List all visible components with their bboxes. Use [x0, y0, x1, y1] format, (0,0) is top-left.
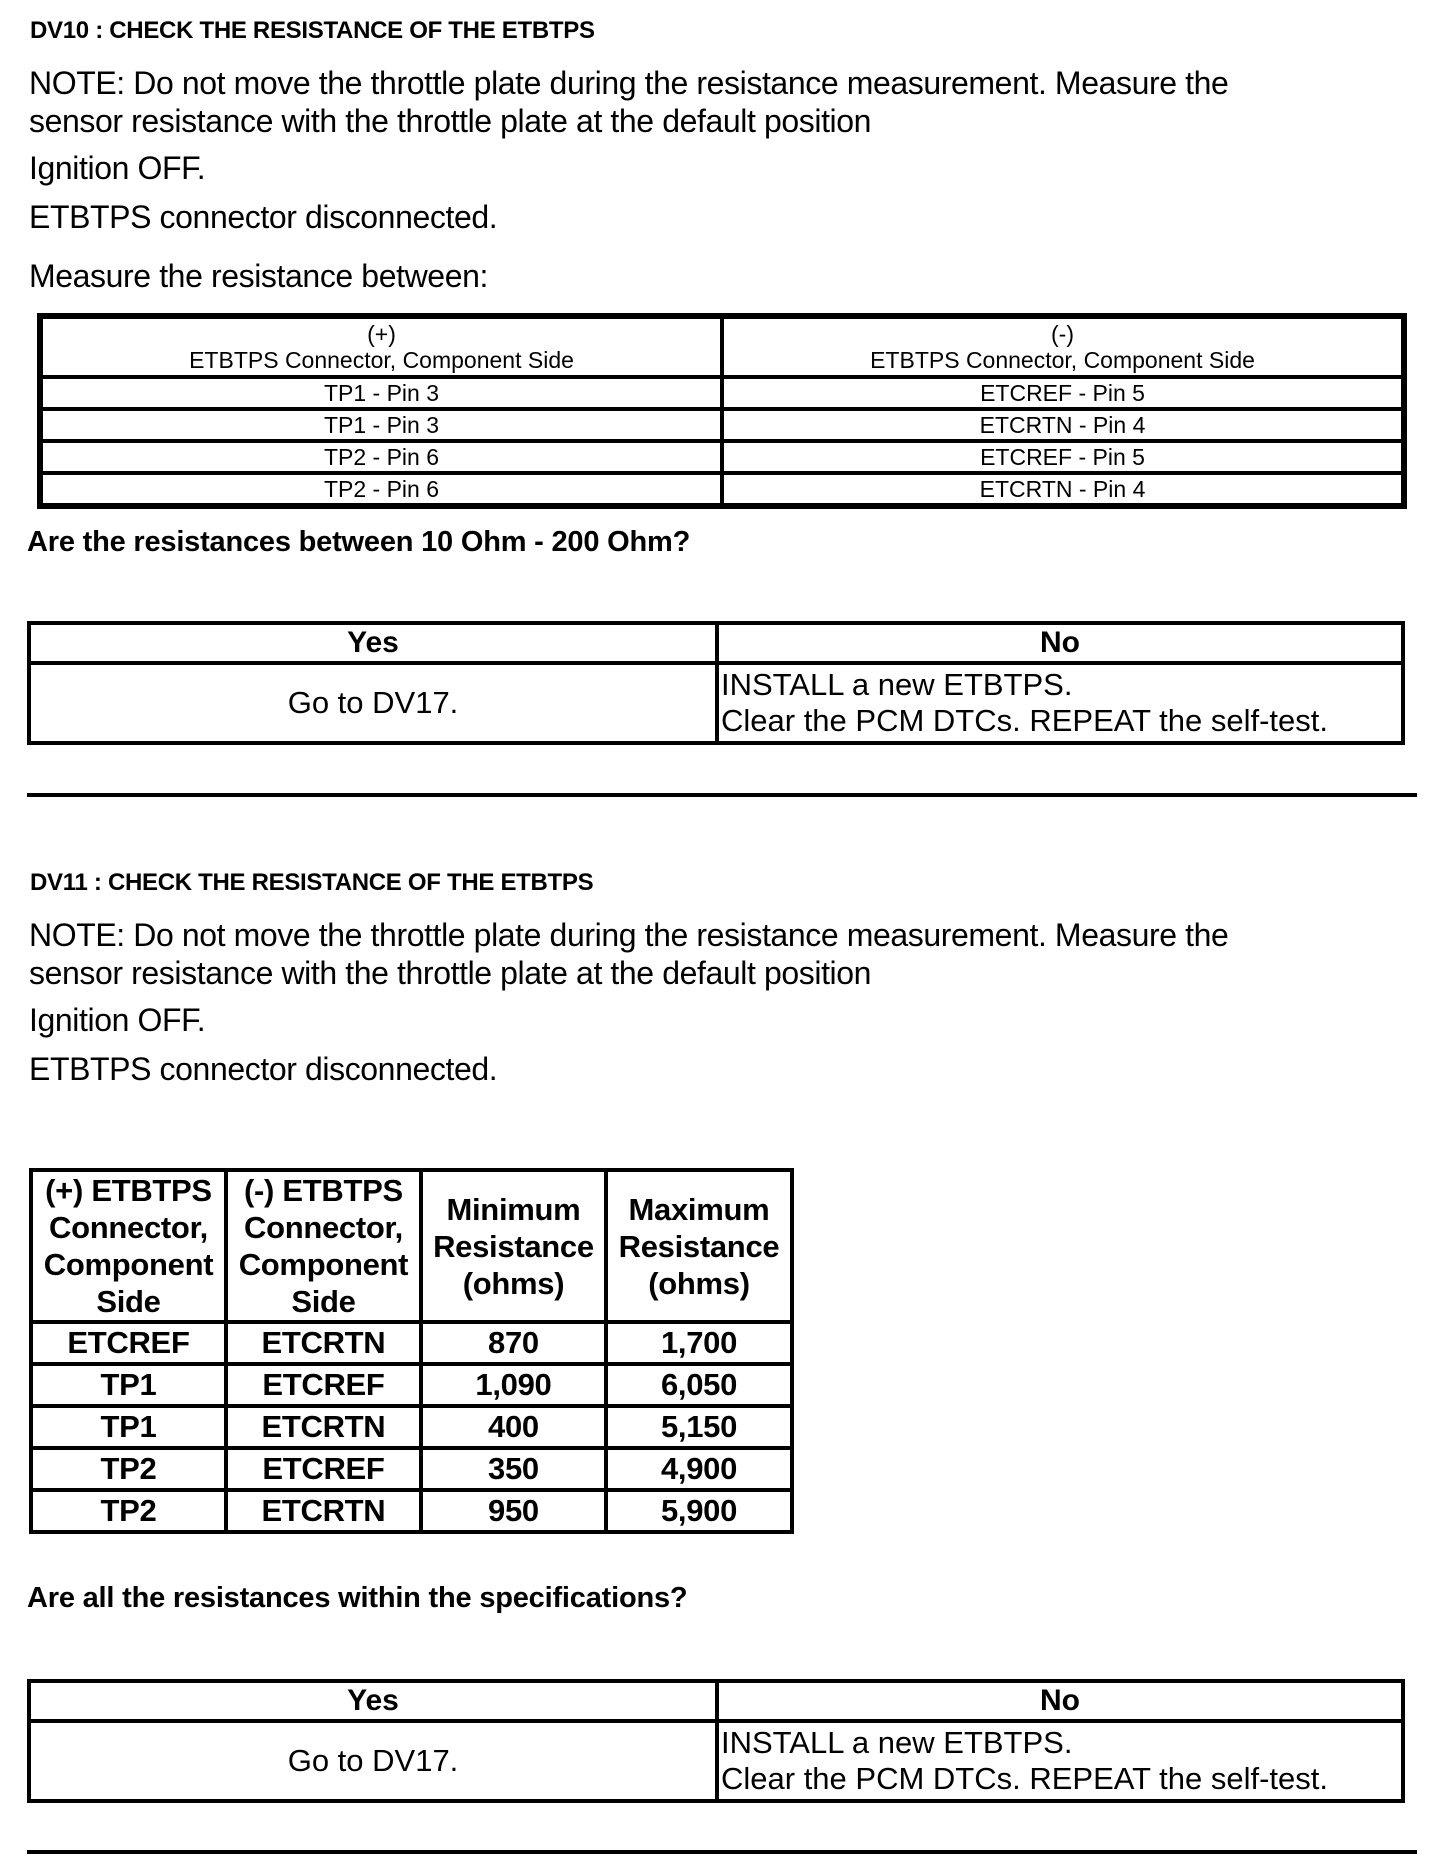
no-header: No — [717, 1681, 1403, 1721]
no-action-line-1: INSTALL a new ETBTPS. — [721, 667, 1401, 703]
table-cell: TP2 — [31, 1448, 226, 1490]
header-negative-sign: (-) — [724, 321, 1401, 347]
table-row: TP1 - Pin 3 ETCRTN - Pin 4 — [41, 409, 1403, 441]
header-positive-sign: (+) — [43, 321, 720, 347]
table-row: TP1 - Pin 3 ETCREF - Pin 5 — [41, 377, 1403, 409]
header-minimum-resistance: Minimum Resistance (ohms) — [421, 1170, 606, 1322]
table-cell: TP1 - Pin 3 — [41, 377, 722, 409]
table-row: TP2 - Pin 6 ETCRTN - Pin 4 — [41, 473, 1403, 505]
header-positive-connector: (+) ETBTPS Connector, Component Side — [31, 1170, 226, 1322]
table-cell: ETCREF — [226, 1364, 421, 1406]
header-line: Resistance — [608, 1228, 790, 1265]
header-line: Resistance — [423, 1228, 604, 1265]
table-cell: 5,150 — [606, 1406, 792, 1448]
yes-header: Yes — [29, 1681, 717, 1721]
decision-header-row: Yes No — [29, 1681, 1403, 1721]
decision-header-row: Yes No — [29, 623, 1403, 663]
yes-action-link[interactable]: Go to DV17. — [29, 663, 717, 743]
note-line-2: sensor resistance with the throttle plat… — [29, 102, 871, 140]
no-header: No — [717, 623, 1403, 663]
header-line: Connector, — [228, 1209, 419, 1246]
decision-table-dv11: Yes No Go to DV17. INSTALL a new ETBTPS.… — [27, 1679, 1405, 1803]
header-line: Maximum — [608, 1191, 790, 1228]
table-row: TP1 ETCRTN 400 5,150 — [31, 1406, 792, 1448]
spec-header-row: (+) ETBTPS Connector, Component Side (-)… — [31, 1170, 792, 1322]
step-ignition-off: Ignition OFF. — [29, 1001, 205, 1039]
table-cell: ETCREF — [226, 1448, 421, 1490]
question-dv10: Are the resistances between 10 Ohm - 200… — [27, 526, 690, 559]
no-action: INSTALL a new ETBTPS. Clear the PCM DTCs… — [717, 1721, 1403, 1801]
decision-body-row: Go to DV17. INSTALL a new ETBTPS. Clear … — [29, 1721, 1403, 1801]
table-cell: 400 — [421, 1406, 606, 1448]
table-row: TP2 ETCREF 350 4,900 — [31, 1448, 792, 1490]
header-maximum-resistance: Maximum Resistance (ohms) — [606, 1170, 792, 1322]
decision-body-row: Go to DV17. INSTALL a new ETBTPS. Clear … — [29, 663, 1403, 743]
header-positive-label: ETBTPS Connector, Component Side — [43, 347, 720, 373]
table-cell: ETCRTN — [226, 1322, 421, 1364]
yes-action-link[interactable]: Go to DV17. — [29, 1721, 717, 1801]
table-cell: TP2 — [31, 1490, 226, 1532]
table-cell: TP1 — [31, 1364, 226, 1406]
table-cell: 1,700 — [606, 1322, 792, 1364]
header-positive: (+) ETBTPS Connector, Component Side — [41, 317, 722, 377]
header-line: Connector, — [33, 1209, 224, 1246]
header-negative: (-) ETBTPS Connector, Component Side — [722, 317, 1403, 377]
no-action-line-2: Clear the PCM DTCs. REPEAT the self-test… — [721, 703, 1401, 739]
header-line: Side — [228, 1283, 419, 1320]
header-line: Side — [33, 1283, 224, 1320]
resistance-spec-table: (+) ETBTPS Connector, Component Side (-)… — [29, 1168, 794, 1534]
table-cell: ETCREF - Pin 5 — [722, 441, 1403, 473]
table-cell: TP1 - Pin 3 — [41, 409, 722, 441]
header-line: Component — [33, 1246, 224, 1283]
table-cell: ETCRTN — [226, 1490, 421, 1532]
table-cell: 5,900 — [606, 1490, 792, 1532]
table-cell: 1,090 — [421, 1364, 606, 1406]
header-negative-connector: (-) ETBTPS Connector, Component Side — [226, 1170, 421, 1322]
table-row: ETCREF ETCRTN 870 1,700 — [31, 1322, 792, 1364]
step-connector-disconnected: ETBTPS connector disconnected. — [29, 1050, 497, 1088]
section-title-dv10: DV10 : CHECK THE RESISTANCE OF THE ETBTP… — [30, 17, 595, 45]
table-header-row: (+) ETBTPS Connector, Component Side (-)… — [41, 317, 1403, 377]
table-row: TP2 ETCRTN 950 5,900 — [31, 1490, 792, 1532]
table-cell: 350 — [421, 1448, 606, 1490]
decision-table-dv10: Yes No Go to DV17. INSTALL a new ETBTPS.… — [27, 621, 1405, 745]
table-cell: 4,900 — [606, 1448, 792, 1490]
table-cell: 6,050 — [606, 1364, 792, 1406]
header-negative-label: ETBTPS Connector, Component Side — [724, 347, 1401, 373]
section-divider — [27, 1850, 1417, 1854]
no-action: INSTALL a new ETBTPS. Clear the PCM DTCs… — [717, 663, 1403, 743]
table-row: TP1 ETCREF 1,090 6,050 — [31, 1364, 792, 1406]
table-cell: TP2 - Pin 6 — [41, 473, 722, 505]
header-line: (+) ETBTPS — [33, 1172, 224, 1209]
table-cell: 870 — [421, 1322, 606, 1364]
note-line-2: sensor resistance with the throttle plat… — [29, 954, 871, 992]
table-cell: ETCRTN — [226, 1406, 421, 1448]
header-line: (-) ETBTPS — [228, 1172, 419, 1209]
step-ignition-off: Ignition OFF. — [29, 149, 205, 187]
table-cell: ETCRTN - Pin 4 — [722, 473, 1403, 505]
step-connector-disconnected: ETBTPS connector disconnected. — [29, 198, 497, 236]
section-divider — [27, 793, 1417, 797]
no-action-line-2: Clear the PCM DTCs. REPEAT the self-test… — [721, 1761, 1401, 1797]
table-cell: ETCREF — [31, 1322, 226, 1364]
table-row: TP2 - Pin 6 ETCREF - Pin 5 — [41, 441, 1403, 473]
table-cell: ETCRTN - Pin 4 — [722, 409, 1403, 441]
table-cell: 950 — [421, 1490, 606, 1532]
table-cell: ETCREF - Pin 5 — [722, 377, 1403, 409]
header-line: (ohms) — [608, 1265, 790, 1302]
question-dv11: Are all the resistances within the speci… — [27, 1582, 687, 1615]
section-title-dv11: DV11 : CHECK THE RESISTANCE OF THE ETBTP… — [30, 869, 593, 897]
step-measure-resistance: Measure the resistance between: — [29, 257, 488, 295]
table-cell: TP2 - Pin 6 — [41, 441, 722, 473]
measurement-pairs-table: (+) ETBTPS Connector, Component Side (-)… — [37, 313, 1407, 509]
header-line: Minimum — [423, 1191, 604, 1228]
table-cell: TP1 — [31, 1406, 226, 1448]
header-line: (ohms) — [423, 1265, 604, 1302]
note-line-1: NOTE: Do not move the throttle plate dur… — [29, 916, 1228, 954]
note-line-1: NOTE: Do not move the throttle plate dur… — [29, 64, 1228, 102]
header-line: Component — [228, 1246, 419, 1283]
no-action-line-1: INSTALL a new ETBTPS. — [721, 1725, 1401, 1761]
yes-header: Yes — [29, 623, 717, 663]
